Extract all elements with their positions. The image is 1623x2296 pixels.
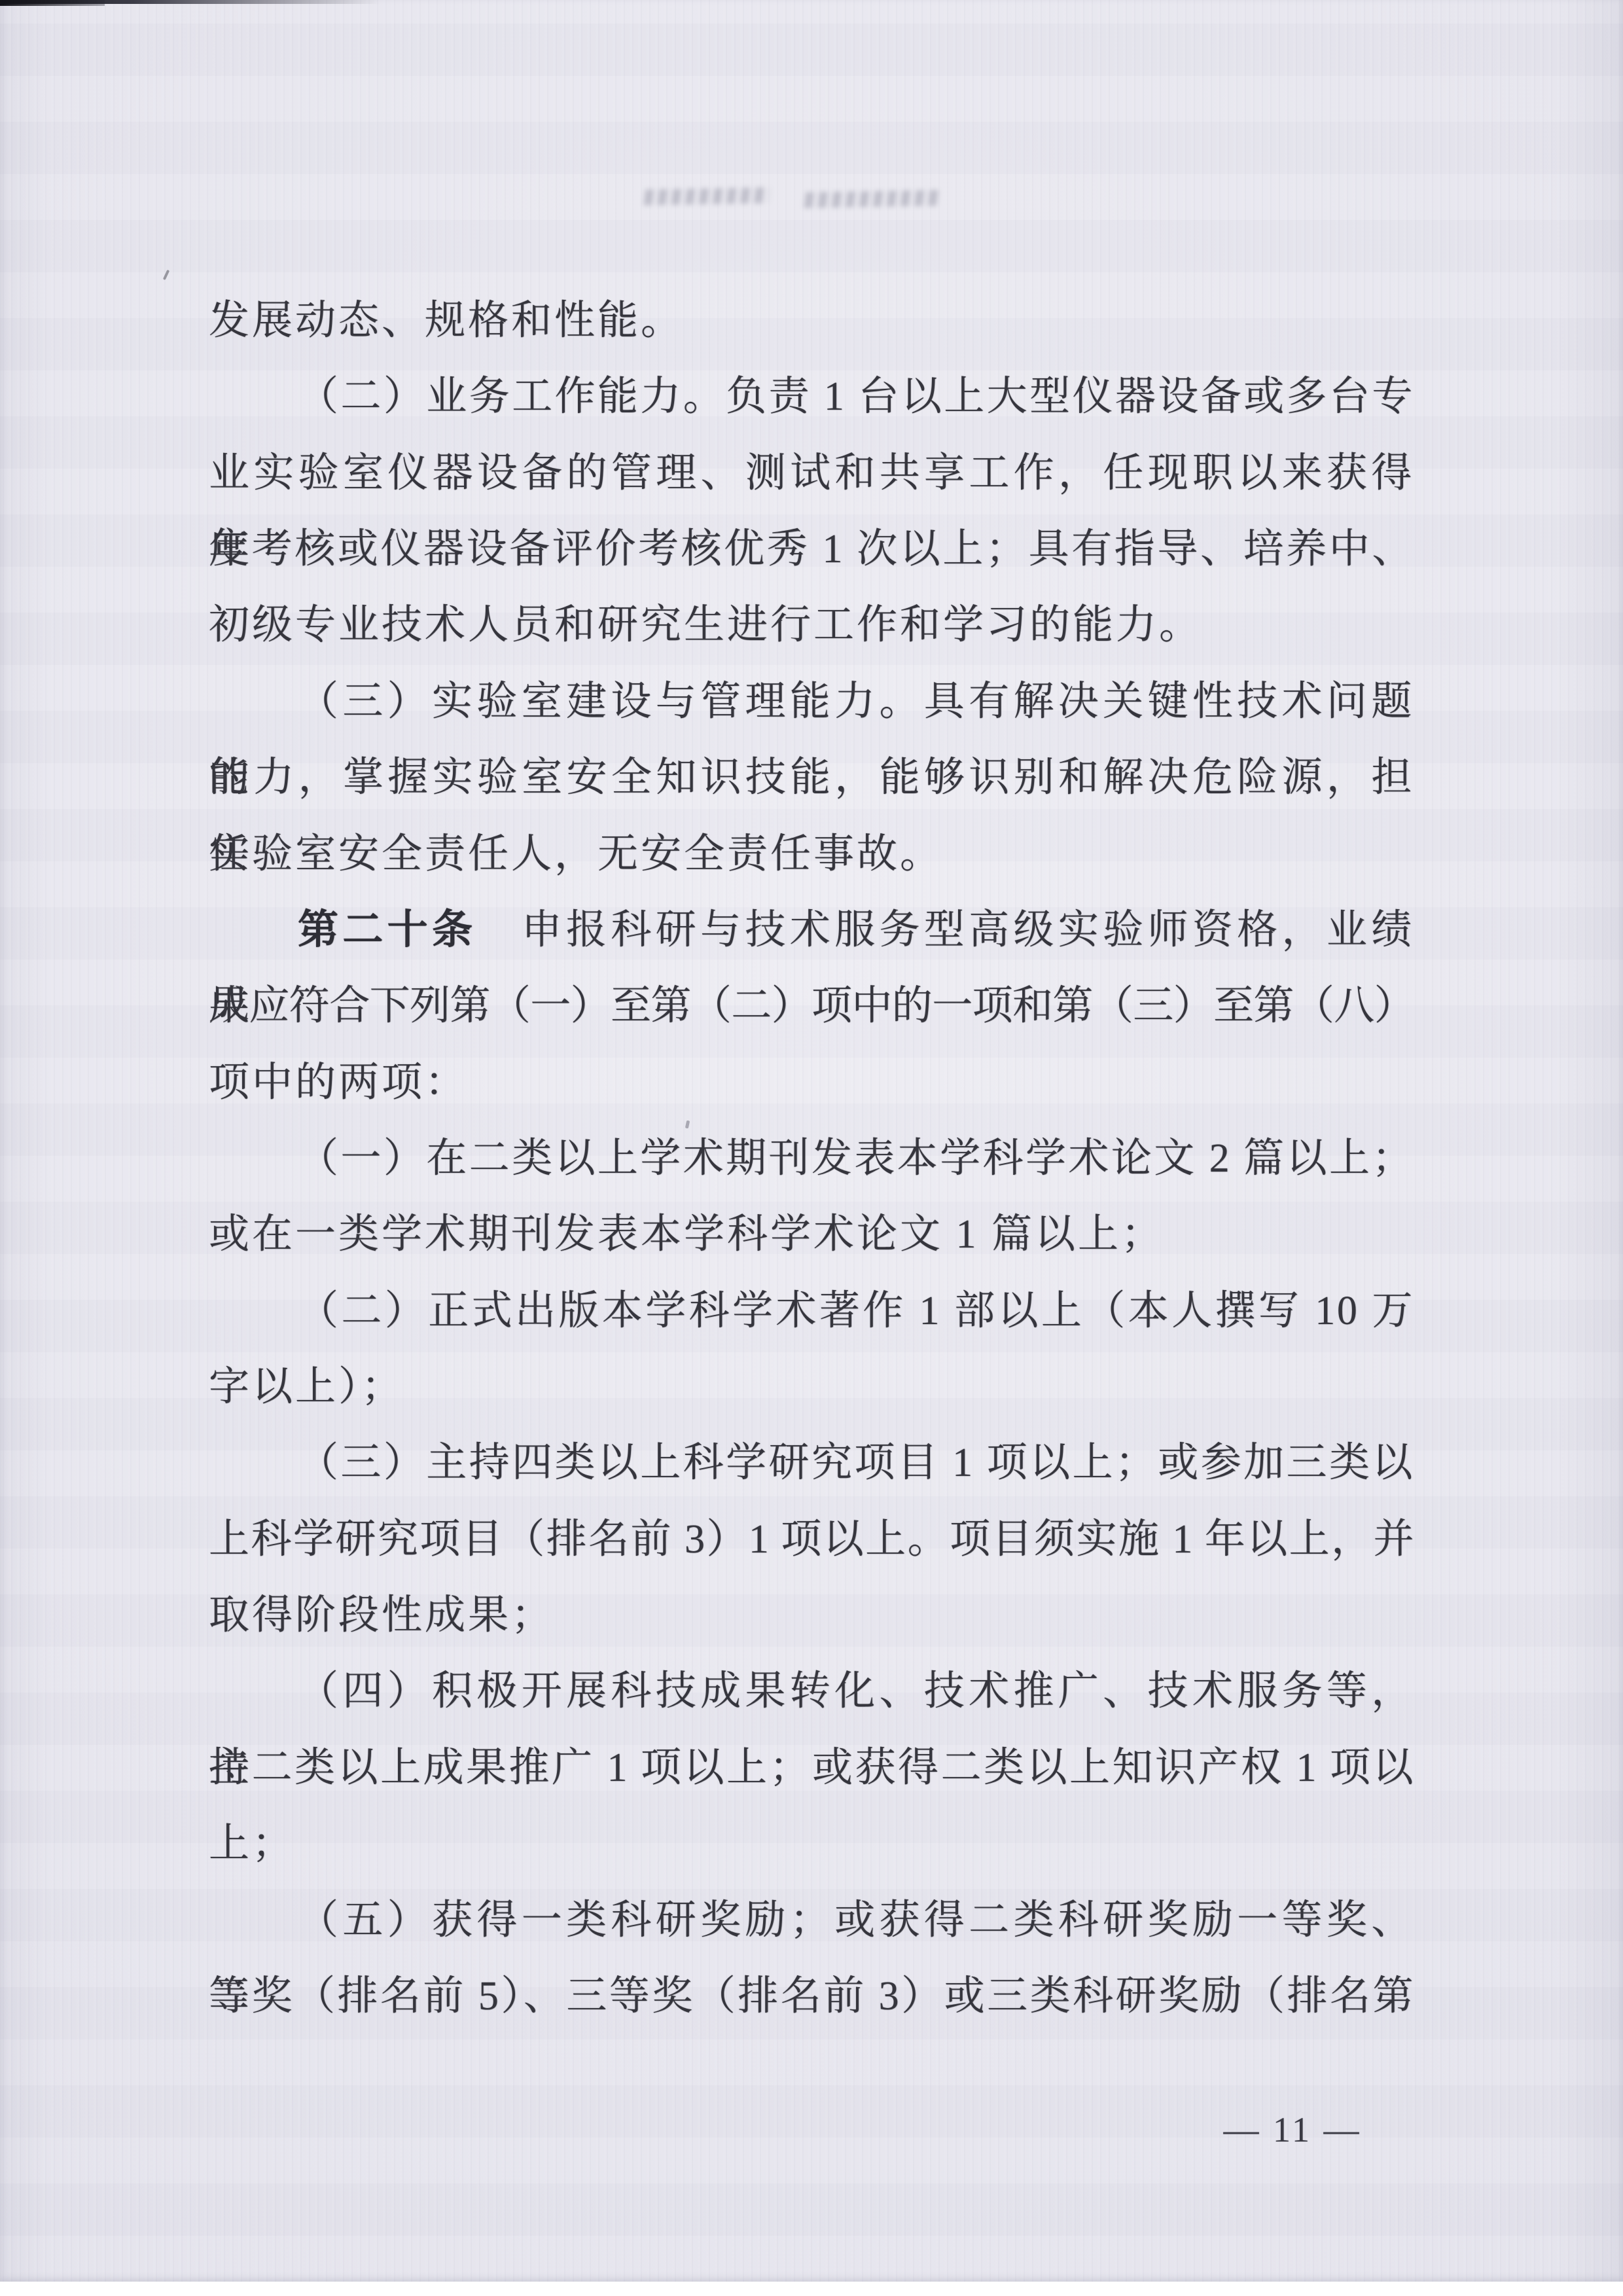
text-line: 发展动态、规格和性能。	[209, 283, 1414, 359]
text-line: 等奖（排名前 5）、三等奖（排名前 3）或三类科研奖励（排名第	[209, 1958, 1414, 2034]
text-line: （二）业务工作能力。负责 1 台以上大型仪器设备或多台专	[209, 359, 1414, 435]
ink-bleed-blob	[804, 190, 940, 208]
article-number: 第二十条	[298, 908, 476, 952]
text-line: 第二十条 申报科研与技术服务型高级实验师资格，业绩成	[209, 892, 1414, 968]
scanned-document-page: 发展动态、规格和性能。（二）业务工作能力。负责 1 台以上大型仪器设备或多台专业…	[0, 0, 1623, 2296]
text-line: （二）正式出版本学科学术著作 1 部以上（本人撰写 10 万	[209, 1273, 1414, 1349]
text-line: 取得阶段性成果；	[209, 1577, 1414, 1653]
text-line: （五）获得一类科研奖励；或获得二类科研奖励一等奖、二	[209, 1882, 1414, 1958]
text-line: 上；	[209, 1806, 1414, 1882]
scan-edge-artifact-dark	[0, 0, 105, 6]
text-line: 能力，掌握实验室安全知识技能，能够识别和解决危险源，担任	[209, 740, 1414, 816]
text-line: （三）主持四类以上科学研究项目 1 项以上；或参加三类以	[209, 1425, 1414, 1501]
text-line: 字以上）；	[209, 1349, 1414, 1425]
text-line: 度考核或仪器设备评价考核优秀 1 次以上；具有指导、培养中、	[209, 511, 1414, 587]
ink-bleed-artifact	[645, 181, 952, 215]
text-line: 初级专业技术人员和研究生进行工作和学习的能力。	[209, 587, 1414, 663]
document-body: 发展动态、规格和性能。（二）业务工作能力。负责 1 台以上大型仪器设备或多台专业…	[209, 283, 1414, 2034]
text-line: 上科学研究项目（排名前 3）1 项以上。项目须实施 1 年以上，并	[209, 1501, 1414, 1577]
text-line: 果应符合下列第（一）至第（二）项中的一项和第（三）至第（八）	[209, 968, 1414, 1044]
text-line: 项中的两项：	[209, 1045, 1414, 1121]
page-number: — 11 —	[1171, 2093, 1414, 2166]
text-line: （三）实验室建设与管理能力。具有解决关键性技术问题的	[209, 664, 1414, 740]
text-line: （一）在二类以上学术期刊发表本学科学术论文 2 篇以上；	[209, 1121, 1414, 1196]
text-line: 或在一类学术期刊发表本学科学术论文 1 篇以上；	[209, 1196, 1414, 1272]
ink-bleed-blob	[643, 187, 770, 205]
text-line: （四）积极开展科技成果转化、技术推广、技术服务等，主	[209, 1653, 1414, 1729]
text-line: 持二类以上成果推广 1 项以上；或获得二类以上知识产权 1 项以	[209, 1730, 1414, 1806]
text-line: 实验室安全责任人，无安全责任事故。	[209, 816, 1414, 892]
text-line: 业实验室仪器设备的管理、测试和共享工作，任现职以来获得年	[209, 435, 1414, 511]
